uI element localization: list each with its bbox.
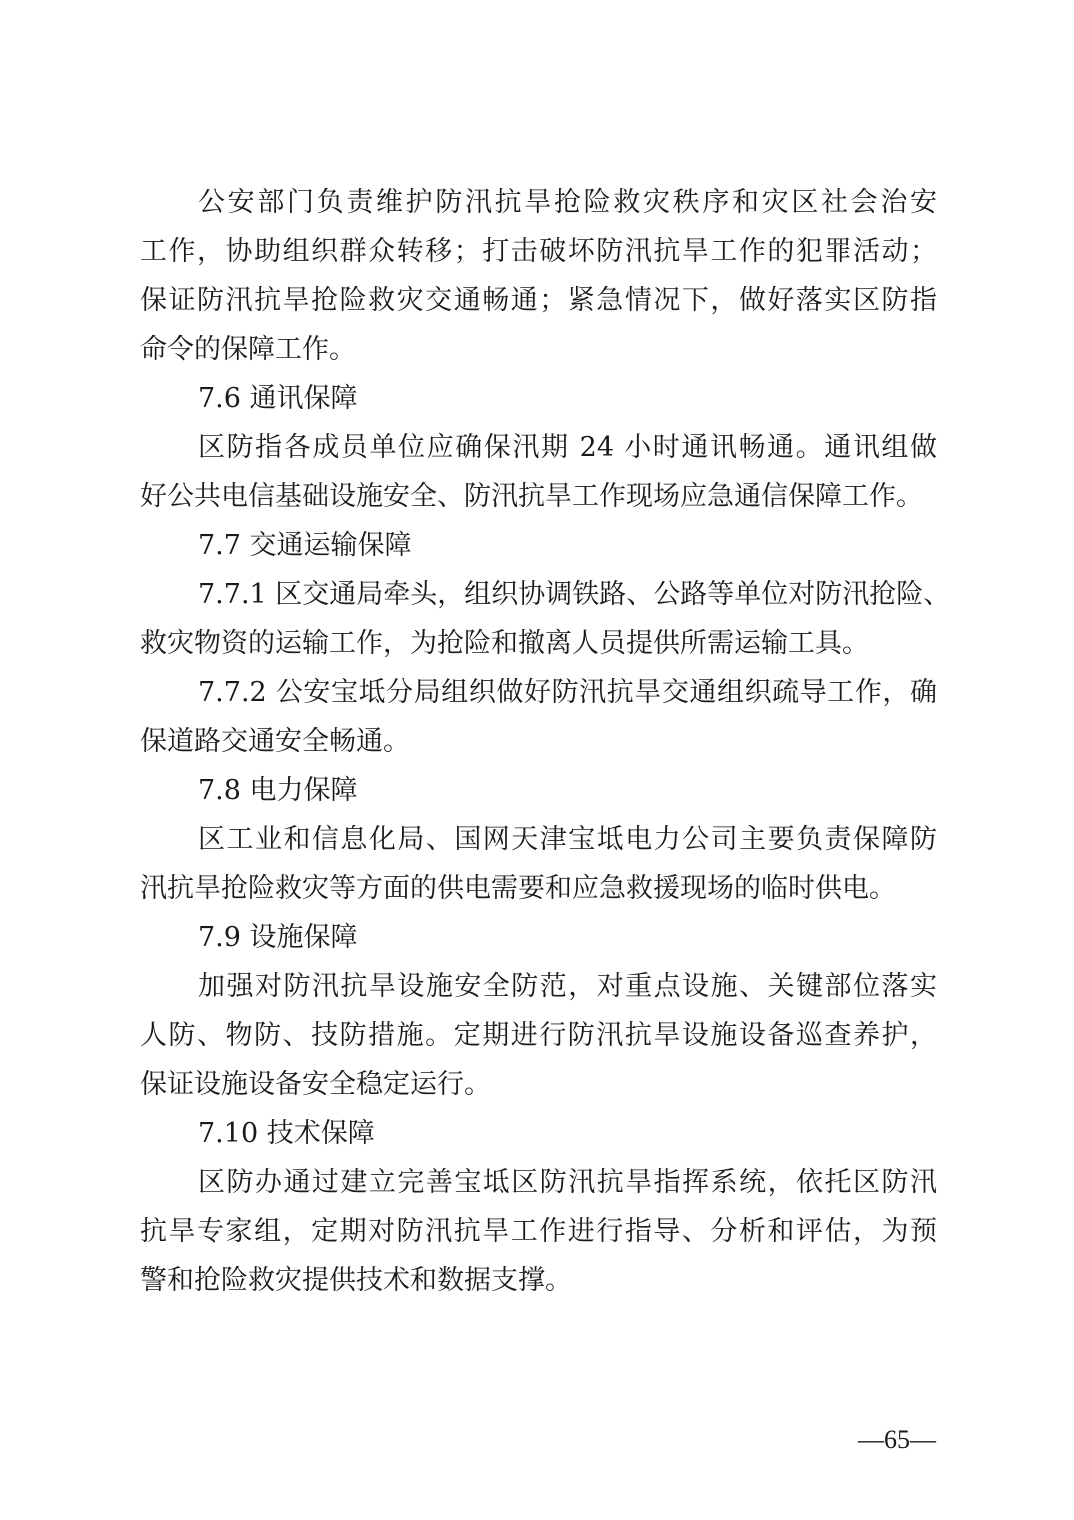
section-heading-7-8: 7.8 电力保障 [140,766,937,815]
text-line: 汛抗旱抢险救灾等方面的供电需要和应急救援现场的临时供电。 [140,864,937,913]
text-line: 命令的保障工作。 [140,325,937,374]
text-line: 好公共电信基础设施安全、防汛抗旱工作现场应急通信保障工作。 [140,472,937,521]
text-line: 警和抢险救灾提供技术和数据支撑。 [140,1256,937,1305]
text-line: 区防指各成员单位应确保汛期 24 小时通讯畅通。通讯组做 [140,423,937,472]
text-line: 7.7.1 区交通局牵头，组织协调铁路、公路等单位对防汛抢险、 [140,570,937,619]
page-number: —65— [858,1420,936,1460]
text-line: 公安部门负责维护防汛抗旱抢险救灾秩序和灾区社会治安 [140,178,937,227]
text-line: 区工业和信息化局、国网天津宝坻电力公司主要负责保障防 [140,815,937,864]
paragraph-power: 区工业和信息化局、国网天津宝坻电力公司主要负责保障防 汛抗旱抢险救灾等方面的供电… [140,815,937,913]
paragraph-7-7-1: 7.7.1 区交通局牵头，组织协调铁路、公路等单位对防汛抢险、 救灾物资的运输工… [140,570,937,668]
text-line: 人防、物防、技防措施。定期进行防汛抗旱设施设备巡查养护， [140,1011,937,1060]
paragraph-communications: 区防指各成员单位应确保汛期 24 小时通讯畅通。通讯组做 好公共电信基础设施安全… [140,423,937,521]
text-line: 区防办通过建立完善宝坻区防汛抗旱指挥系统，依托区防汛 [140,1158,937,1207]
text-line: 抗旱专家组，定期对防汛抗旱工作进行指导、分析和评估，为预 [140,1207,937,1256]
text-line: 7.7.2 公安宝坻分局组织做好防汛抗旱交通组织疏导工作，确 [140,668,937,717]
heading-text: 7.10 技术保障 [140,1109,937,1158]
paragraph-public-security: 公安部门负责维护防汛抗旱抢险救灾秩序和灾区社会治安 工作，协助组织群众转移；打击… [140,178,937,374]
text-line: 保证防汛抗旱抢险救灾交通畅通；紧急情况下，做好落实区防指 [140,276,937,325]
section-heading-7-6: 7.6 通讯保障 [140,374,937,423]
section-heading-7-7: 7.7 交通运输保障 [140,521,937,570]
paragraph-7-7-2: 7.7.2 公安宝坻分局组织做好防汛抗旱交通组织疏导工作，确 保道路交通安全畅通… [140,668,937,766]
heading-text: 7.9 设施保障 [140,913,937,962]
text-line: 工作，协助组织群众转移；打击破坏防汛抗旱工作的犯罪活动； [140,227,937,276]
heading-text: 7.6 通讯保障 [140,374,937,423]
heading-text: 7.7 交通运输保障 [140,521,937,570]
text-line: 加强对防汛抗旱设施安全防范，对重点设施、关键部位落实 [140,962,937,1011]
text-line: 保道路交通安全畅通。 [140,717,937,766]
document-page: 公安部门负责维护防汛抗旱抢险救灾秩序和灾区社会治安 工作，协助组织群众转移；打击… [140,178,937,1305]
text-line: 救灾物资的运输工作，为抢险和撤离人员提供所需运输工具。 [140,619,937,668]
paragraph-facilities: 加强对防汛抗旱设施安全防范，对重点设施、关键部位落实 人防、物防、技防措施。定期… [140,962,937,1109]
paragraph-technical: 区防办通过建立完善宝坻区防汛抗旱指挥系统，依托区防汛 抗旱专家组，定期对防汛抗旱… [140,1158,937,1305]
heading-text: 7.8 电力保障 [140,766,937,815]
text-line: 保证设施设备安全稳定运行。 [140,1060,937,1109]
section-heading-7-9: 7.9 设施保障 [140,913,937,962]
section-heading-7-10: 7.10 技术保障 [140,1109,937,1158]
